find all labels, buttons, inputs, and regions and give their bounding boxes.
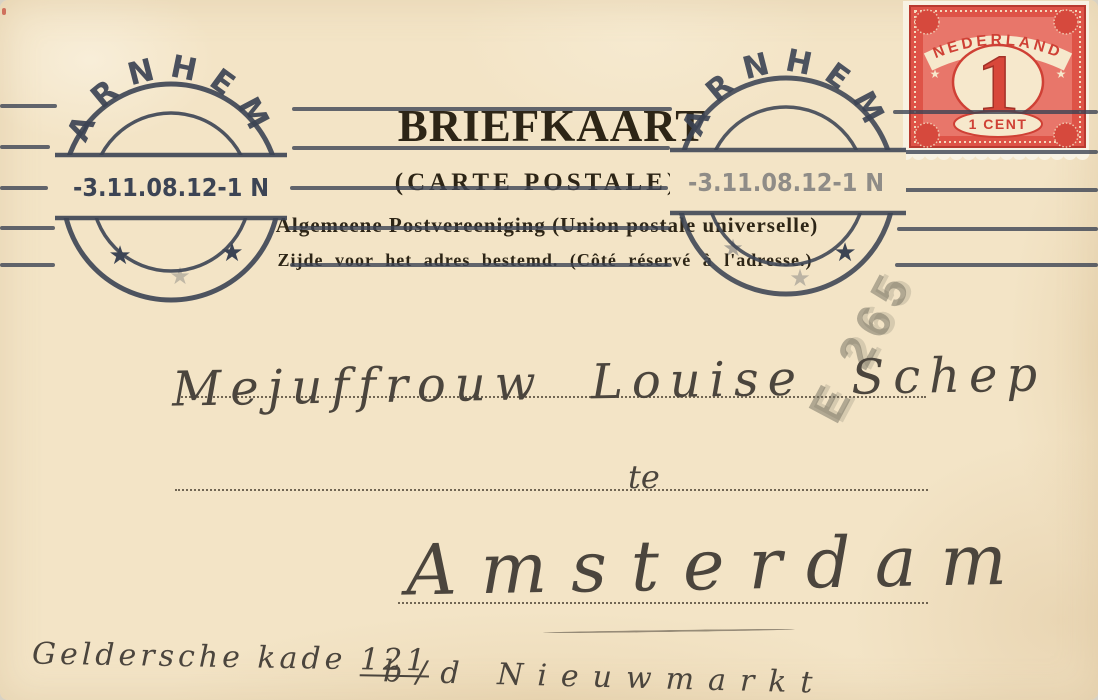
cancel-bar-segment: [0, 186, 48, 190]
cancel-bar-segment: [895, 263, 1098, 267]
rosette-icon: [1054, 123, 1078, 147]
stamp-value-text: 1 CENT: [969, 116, 1028, 132]
cancel-bar-segment: [292, 146, 670, 150]
rosette-icon: [915, 10, 939, 34]
cancel-bar-segment: [900, 188, 1098, 192]
cancel-bar-segment: [897, 227, 1098, 231]
stamp-star-ornament-icon: ★: [1056, 67, 1067, 81]
cancel-bar-segment: [897, 150, 1098, 154]
cancel-bar-segment: [893, 110, 1098, 114]
postmark-star-icon: ★: [833, 238, 856, 267]
handwritten-preposition: te: [628, 458, 660, 496]
postmark-city-text: ARNHEM: [60, 48, 282, 147]
rosette-icon: [1054, 10, 1078, 34]
handwritten-addressee: Mejuffrouw Louise Schep: [172, 346, 1047, 417]
pen-flourish-dash: [543, 628, 795, 634]
postcard: BRIEFKAART (CARTE POSTALE) Algemeene Pos…: [0, 0, 1098, 700]
red-paper-speck: [2, 8, 6, 15]
postage-stamp: NEDERLAND 1 1 CENT ★ ★: [898, 0, 1094, 172]
postmark-star-icon: ★: [220, 238, 243, 267]
postmark-star-icon: ★: [789, 266, 811, 292]
handwritten-city: Amsterdam: [405, 519, 1031, 612]
handwritten-locality-note: b/d Nieuwmarkt: [383, 654, 827, 700]
postmark-city-text: ARNHEM: [675, 42, 897, 141]
cancel-bar-segment: [288, 226, 670, 230]
street-name: Geldersche kade: [32, 637, 347, 677]
cancel-bar-segment: [0, 226, 55, 230]
postmark-star-icon: ★: [108, 241, 131, 270]
postmark-left: ARNHEM -3.11.08.12-1 N ★ ★ ★: [51, 72, 291, 312]
cancel-bar-segment: [292, 107, 672, 111]
postmark-date-text: -3.11.08.12-1 N: [73, 173, 269, 202]
cancel-bar-segment: [290, 186, 668, 190]
handwritten-street: Geldersche kade 121: [32, 637, 430, 679]
cancel-bar-segment: [0, 145, 50, 149]
postmark-star-icon: ★: [722, 236, 744, 262]
stamp-star-ornament-icon: ★: [930, 67, 941, 81]
postmark-star-icon: ★: [169, 264, 191, 290]
postmark-right: ARNHEM -3.11.08.12-1 N ★ ★ ★: [666, 66, 906, 306]
cancel-bar-segment: [290, 263, 672, 267]
cancel-bar-segment: [0, 104, 57, 108]
cancel-bar-segment: [0, 263, 55, 267]
rosette-icon: [915, 123, 939, 147]
postmark-date-text: -3.11.08.12-1 N: [688, 168, 884, 197]
address-dotted-line-2: [175, 489, 928, 491]
